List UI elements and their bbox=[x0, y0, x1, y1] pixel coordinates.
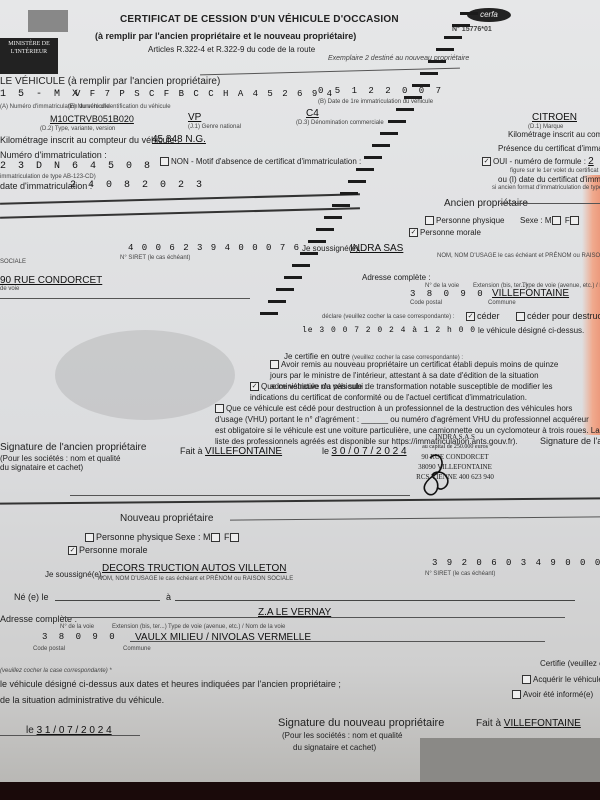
fold-segment bbox=[460, 12, 478, 15]
cerfa-number: N° 15776*01 bbox=[452, 26, 492, 33]
transfer-suffix: le véhicule désigné ci-dessus. bbox=[478, 326, 584, 335]
former-done-at: Fait à VILLEFONTAINE bbox=[180, 446, 282, 457]
situation-text: de la situation administrative du véhicu… bbox=[0, 695, 164, 705]
fold-segment bbox=[260, 312, 278, 315]
fold-segment bbox=[284, 276, 302, 279]
cert-yes-checkbox[interactable]: ✓ bbox=[482, 157, 491, 166]
cede-checkbox[interactable]: ✓ bbox=[466, 312, 475, 321]
acquire-text: le véhicule désigné ci-dessus aux dates … bbox=[0, 679, 341, 689]
fold-segment bbox=[308, 240, 326, 243]
destruction-option[interactable]: céder pour destruction bbox=[516, 311, 600, 321]
new-sex-f-checkbox[interactable] bbox=[230, 533, 239, 542]
former-street-hint: de voie bbox=[0, 286, 19, 292]
new-moral-label: Personne morale bbox=[79, 545, 148, 555]
divider bbox=[0, 735, 140, 736]
new-siret-field[interactable]: 3 9 2 0 6 0 3 4 9 0 0 0 1 1 bbox=[432, 558, 600, 568]
former-name-label: NOM, NOM D'USAGE le cas échéant et PRÉNO… bbox=[437, 253, 600, 259]
former-sex-label: Sexe : M F bbox=[520, 216, 581, 225]
former-physical-label: Personne physique bbox=[436, 216, 505, 225]
cession-certificate-page: MINISTÈRE DE L'INTÉRIEUR CERTIFICAT DE C… bbox=[0, 0, 600, 782]
first-registration-date-field[interactable]: 0 5 1 2 2 0 0 7 bbox=[318, 86, 444, 96]
first-registration-date-label: (B) Date de 1re immatriculation du véhic… bbox=[318, 99, 433, 105]
vehicle-section-title: LE VÉHICULE (à remplir par l'ancien prop… bbox=[0, 76, 220, 87]
done-at-label: Fait à bbox=[476, 718, 501, 729]
born-at-label: à bbox=[166, 592, 171, 602]
new-address-label: Adresse complète : bbox=[0, 614, 77, 624]
former-moral-checkbox[interactable]: ✓ bbox=[409, 228, 418, 237]
vin-label: (E) Numéro d'identification du véhicule bbox=[68, 104, 171, 110]
articles-reference: Articles R.322-4 et R.322-9 du code de l… bbox=[148, 45, 315, 54]
divider bbox=[0, 298, 250, 299]
genre-label: (J.1) Genre national bbox=[188, 124, 241, 130]
type-variant-label: (D.2) Type, variante, version bbox=[40, 126, 115, 132]
cert-date-hint: si ancien format d'immatriculation de ty… bbox=[492, 185, 600, 191]
fold-segment bbox=[436, 48, 454, 51]
fold-segment bbox=[444, 36, 462, 39]
commercial-name-field[interactable]: C4 bbox=[306, 108, 319, 119]
new-street-type-label: Type de voie (avenue, etc.) / Nom de la … bbox=[168, 624, 285, 630]
fold-segment bbox=[324, 216, 342, 219]
new-moral-person-option[interactable]: ✓Personne morale bbox=[68, 545, 148, 555]
acquire-right-label: Acquérir le véhicule bbox=[533, 675, 600, 684]
former-physical-checkbox[interactable] bbox=[425, 216, 434, 225]
born-row: Né (e) le bbox=[14, 592, 49, 602]
former-postal-code-label: Code postal bbox=[410, 300, 442, 306]
certify-right: Certifie (veuillez cocher) bbox=[540, 659, 600, 668]
done-at-label: Fait à bbox=[180, 446, 203, 456]
former-sex-m-checkbox[interactable] bbox=[552, 216, 561, 225]
divider bbox=[230, 516, 600, 520]
fold-segment bbox=[380, 132, 398, 135]
formule-number-field[interactable]: 2 bbox=[588, 156, 594, 167]
new-physical-person-option[interactable]: Personne physique bbox=[85, 532, 173, 542]
formule-hint: figure sur le 1er volet du certificat d'… bbox=[510, 168, 600, 174]
fold-segment bbox=[356, 168, 374, 171]
new-signature-hint-1: (Pour les sociétés : nom et qualité bbox=[282, 731, 403, 740]
reg-number-new-field[interactable]: 2 3 D N 6 4 5 0 8 bbox=[0, 161, 153, 172]
fold-segment bbox=[396, 108, 414, 111]
destruction-label: céder pour destruction bbox=[527, 311, 600, 321]
former-done-at-field[interactable]: VILLEFONTAINE bbox=[205, 446, 282, 457]
option-no-transformation-text: Que ce véhicule n'a pas subi de transfor… bbox=[250, 382, 552, 402]
no-certificate-option[interactable]: NON - Motif d'absence de certificat d'im… bbox=[160, 157, 361, 166]
fold-segment bbox=[364, 156, 382, 159]
fold-segment bbox=[348, 180, 366, 183]
fold-segment bbox=[268, 300, 286, 303]
fold-segment bbox=[404, 96, 422, 99]
cert-presence-label: Présence du certificat d'immatriculation bbox=[498, 144, 600, 153]
new-sex-label: Sexe : M F bbox=[175, 532, 241, 542]
logo-marianne bbox=[28, 10, 68, 32]
former-address-label: Adresse complète : bbox=[362, 273, 430, 282]
former-declare-label: déclare (veuillez cocher la case corresp… bbox=[322, 314, 454, 320]
option-destruction-checkbox[interactable] bbox=[215, 404, 224, 413]
fold-segment bbox=[292, 264, 310, 267]
former-signature-label: Signature de l'ancien propriétaire bbox=[0, 442, 146, 453]
destruction-checkbox[interactable] bbox=[516, 312, 525, 321]
no-cert-checkbox[interactable] bbox=[160, 157, 169, 166]
fold-segment bbox=[428, 60, 446, 63]
fold-segment bbox=[452, 24, 470, 27]
former-name-field[interactable]: INDRA SAS bbox=[350, 243, 403, 254]
document-subtitle: (à remplir par l'ancien propriétaire et … bbox=[95, 31, 356, 41]
mileage-field[interactable]: 45 848 N.G. bbox=[152, 134, 206, 145]
mileage-right-label: Kilométrage inscrit au compteur bbox=[508, 130, 600, 139]
commercial-name-label: (D.3) Dénomination commerciale bbox=[296, 120, 384, 126]
transfer-datetime-field[interactable]: le 3 0 0 7 2 0 2 4 à 1 2 h 0 0 bbox=[302, 326, 476, 335]
born-date-field[interactable] bbox=[55, 592, 160, 601]
new-moral-checkbox[interactable]: ✓ bbox=[68, 546, 77, 555]
new-physical-checkbox[interactable] bbox=[85, 533, 94, 542]
sex-label: Sexe : bbox=[520, 216, 543, 225]
new-undersigned-label: Je soussigné(e), bbox=[45, 570, 104, 579]
option-no-transformation[interactable]: ✓Que ce véhicule n'a pas subi de transfo… bbox=[0, 381, 590, 403]
acquire-right-option[interactable]: Acquérir le véhicule bbox=[522, 675, 600, 684]
stamp-line: INDRA S.A.S bbox=[385, 432, 525, 442]
new-physical-label: Personne physique bbox=[96, 532, 173, 542]
former-moral-label: Personne morale bbox=[420, 228, 481, 237]
new-name-label: NOM, NOM D'USAGE le cas échéant et PRÉNO… bbox=[98, 576, 293, 582]
former-signature-label-right: Signature de l'ancien propriétaire bbox=[540, 436, 600, 446]
option-no-transformation-checkbox[interactable]: ✓ bbox=[250, 382, 259, 391]
former-physical-person-option[interactable]: Personne physique bbox=[425, 216, 505, 225]
acquire-right-checkbox[interactable] bbox=[522, 675, 531, 684]
former-siret-field[interactable]: 4 0 0 6 2 3 9 4 0 0 0 7 6 bbox=[128, 243, 301, 253]
former-signature-hint: (Pour les sociétés : nom et qualité du s… bbox=[0, 454, 130, 472]
informed-right-option[interactable]: Avoir été informé(e) bbox=[512, 690, 593, 699]
cert-date-label: ou (I) date du certificat d'immatriculat… bbox=[498, 175, 600, 184]
page-shadow bbox=[420, 738, 600, 782]
fold-segment bbox=[332, 204, 350, 207]
fold-segment bbox=[388, 120, 406, 123]
divider bbox=[60, 617, 565, 618]
option-certificate-checkbox[interactable] bbox=[270, 360, 279, 369]
informed-right-label: Avoir été informé(e) bbox=[523, 690, 593, 699]
new-owner-section-title: Nouveau propriétaire bbox=[120, 513, 213, 524]
new-sex-m-checkbox[interactable] bbox=[211, 533, 220, 542]
divider bbox=[0, 497, 600, 504]
former-sex-f-checkbox[interactable] bbox=[570, 216, 579, 225]
fold-segment bbox=[372, 144, 390, 147]
fold-segment bbox=[316, 228, 334, 231]
document-title: CERTIFICAT DE CESSION D'UN VÉHICULE D'OC… bbox=[120, 14, 399, 25]
new-signature-label: Signature du nouveau propriétaire bbox=[278, 717, 444, 729]
divider bbox=[130, 641, 545, 642]
genre-field[interactable]: VP bbox=[188, 112, 201, 123]
vin-field[interactable]: V F 7 P S C F B C C H A 4 5 2 6 9 4 bbox=[75, 89, 334, 99]
new-postal-code-field[interactable]: 3 8 0 9 0 bbox=[42, 632, 118, 642]
divider bbox=[0, 193, 360, 204]
signature-scribble bbox=[400, 448, 470, 498]
former-postal-code-field[interactable]: 3 8 0 9 0 bbox=[410, 289, 486, 299]
type-variant-field[interactable]: M10CTRVB051B020 bbox=[50, 114, 134, 124]
cede-label: céder bbox=[477, 311, 500, 321]
date-label: le bbox=[322, 446, 329, 456]
cede-option[interactable]: ✓céder bbox=[466, 311, 500, 321]
reg-date-field[interactable]: 2 4 0 8 2 0 2 3 bbox=[70, 180, 205, 191]
former-city-field[interactable]: VILLEFONTAINE bbox=[492, 288, 569, 299]
former-moral-person-option[interactable]: ✓Personne morale bbox=[409, 228, 481, 237]
sex-label: Sexe : bbox=[175, 532, 201, 542]
new-city-label: Commune bbox=[123, 646, 151, 652]
registration-number-field[interactable]: 1 5 - M X bbox=[0, 89, 81, 100]
fold-segment bbox=[412, 84, 430, 87]
divider bbox=[0, 207, 360, 218]
born-label: Né (e) le bbox=[14, 592, 49, 602]
cert-yes-option[interactable]: ✓OUI - numéro de formule : 2 bbox=[482, 156, 594, 167]
copy-note: Exemplaire 2 destiné au nouveau propriét… bbox=[328, 55, 469, 62]
no-cert-label: NON - Motif d'absence de certificat d'im… bbox=[171, 157, 361, 166]
new-done-at-field[interactable]: VILLEFONTAINE bbox=[504, 718, 581, 729]
brand-field[interactable]: CITROEN bbox=[532, 112, 577, 123]
new-declare-hint: (veuillez cocher la case correspondante)… bbox=[0, 668, 112, 674]
fold-segment bbox=[420, 72, 438, 75]
sex-m-label: M bbox=[545, 216, 552, 225]
born-at-field[interactable] bbox=[175, 592, 575, 601]
new-street-number-label: N° de la voie bbox=[60, 624, 94, 630]
ministry-logo: MINISTÈRE DE L'INTÉRIEUR bbox=[0, 38, 58, 74]
new-extension-label: Extension (bis, ter...) bbox=[112, 624, 167, 630]
sex-m-label: M bbox=[203, 532, 211, 542]
fold-segment bbox=[276, 288, 294, 291]
cerfa-logo: cerfa bbox=[467, 8, 511, 22]
divider bbox=[70, 495, 410, 496]
reg-number-label: Numéro d'immatriculation : bbox=[0, 150, 107, 160]
new-done-at: Fait à VILLEFONTAINE bbox=[476, 718, 581, 729]
divider bbox=[500, 203, 600, 204]
new-name-field[interactable]: DECORS TRUCTION AUTOS VILLETON bbox=[102, 563, 286, 574]
new-siret-label: N° SIRET (le cas échéant) bbox=[425, 571, 495, 577]
former-street-field[interactable]: 90 RUE CONDORCET bbox=[0, 275, 102, 286]
informed-right-checkbox[interactable] bbox=[512, 690, 521, 699]
raison-sociale-label: SOCIALE bbox=[0, 259, 26, 265]
new-postal-code-label: Code postal bbox=[33, 646, 65, 652]
fold-segment bbox=[340, 192, 358, 195]
cert-yes-label: OUI - numéro de formule : bbox=[493, 157, 586, 166]
former-siret-label: N° SIRET (le cas échéant) bbox=[120, 255, 190, 261]
new-signature-hint-2: du signataire et cachet) bbox=[293, 743, 376, 752]
former-city-label: Commune bbox=[488, 300, 516, 306]
